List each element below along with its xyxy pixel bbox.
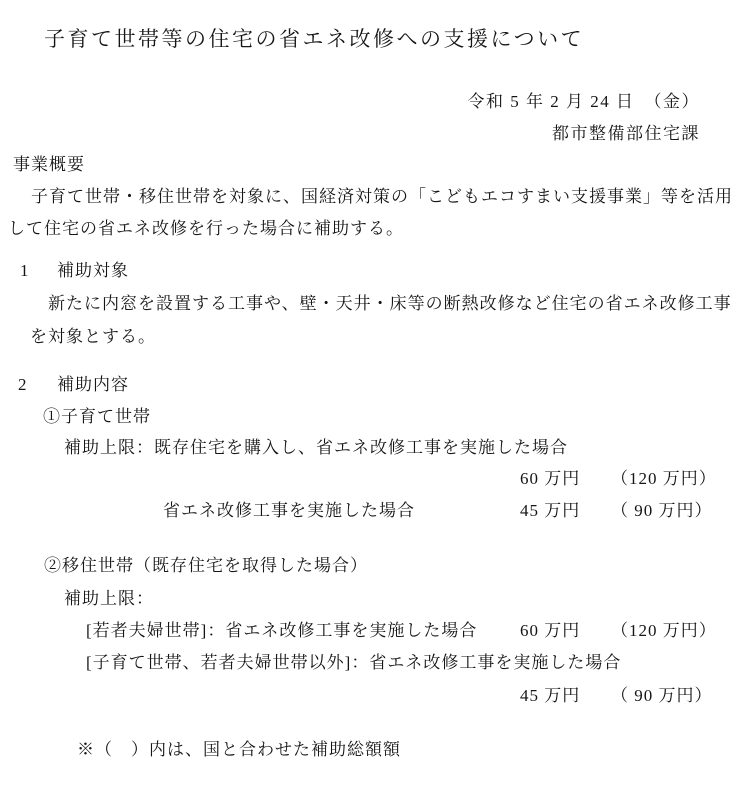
section1-line2: を対象とする。	[30, 327, 156, 347]
document-department: 都市整備部住宅課	[552, 119, 700, 144]
footnote: ※（ ）内は、国と合わせた補助総額額	[77, 740, 401, 760]
section1-line1: 新たに内窓を設置する工事や、壁・天井・床等の断熱改修など住宅の省エネ改修工事	[48, 294, 732, 314]
item1-condition1: 補助上限：既存住宅を購入し、省エネ改修工事を実施した場合	[64, 438, 568, 458]
item1-total2: （ 90 万円）	[611, 501, 713, 521]
item1-total1: （120 万円）	[611, 469, 717, 489]
overview-line1: 子育て世帯・移住世帯を対象に、国経済対策の「こどもエコすまい支援事業」等を活用	[31, 187, 733, 207]
section2-heading: 補助内容	[57, 375, 129, 395]
item2-amount2: 45 万円	[520, 686, 580, 706]
item1-heading: ①子育て世帯	[43, 407, 151, 427]
item2-heading: ②移住世帯（既存住宅を取得した場合）	[44, 556, 368, 576]
section2-number: 2	[18, 375, 28, 395]
item1-condition2: 省エネ改修工事を実施した場合	[163, 501, 415, 521]
item2-limit-label: 補助上限：	[64, 589, 154, 609]
document-date: 令和 5 年 2 月 24 日 （金）	[468, 87, 701, 112]
item2-total1: （120 万円）	[611, 621, 717, 641]
overview-heading: 事業概要	[13, 155, 85, 175]
item2-amount1: 60 万円	[520, 621, 580, 641]
section1-heading: 補助対象	[57, 261, 129, 281]
item1-amount2: 45 万円	[520, 501, 580, 521]
item1-amount1: 60 万円	[520, 469, 580, 489]
document-title: 子育て世帯等の住宅の省エネ改修への支援について	[44, 27, 584, 52]
overview-line2: して住宅の省エネ改修を行った場合に補助する。	[8, 219, 404, 239]
section1-number: 1	[20, 261, 30, 281]
item2-condition1: [若者夫婦世帯]：省エネ改修工事を実施した場合	[86, 621, 477, 641]
item2-total2: （ 90 万円）	[611, 686, 713, 706]
document-page: 子育て世帯等の住宅の省エネ改修への支援について 令和 5 年 2 月 24 日 …	[0, 0, 750, 789]
item2-condition2: [子育て世帯、若者夫婦世帯以外]：省エネ改修工事を実施した場合	[86, 653, 621, 673]
